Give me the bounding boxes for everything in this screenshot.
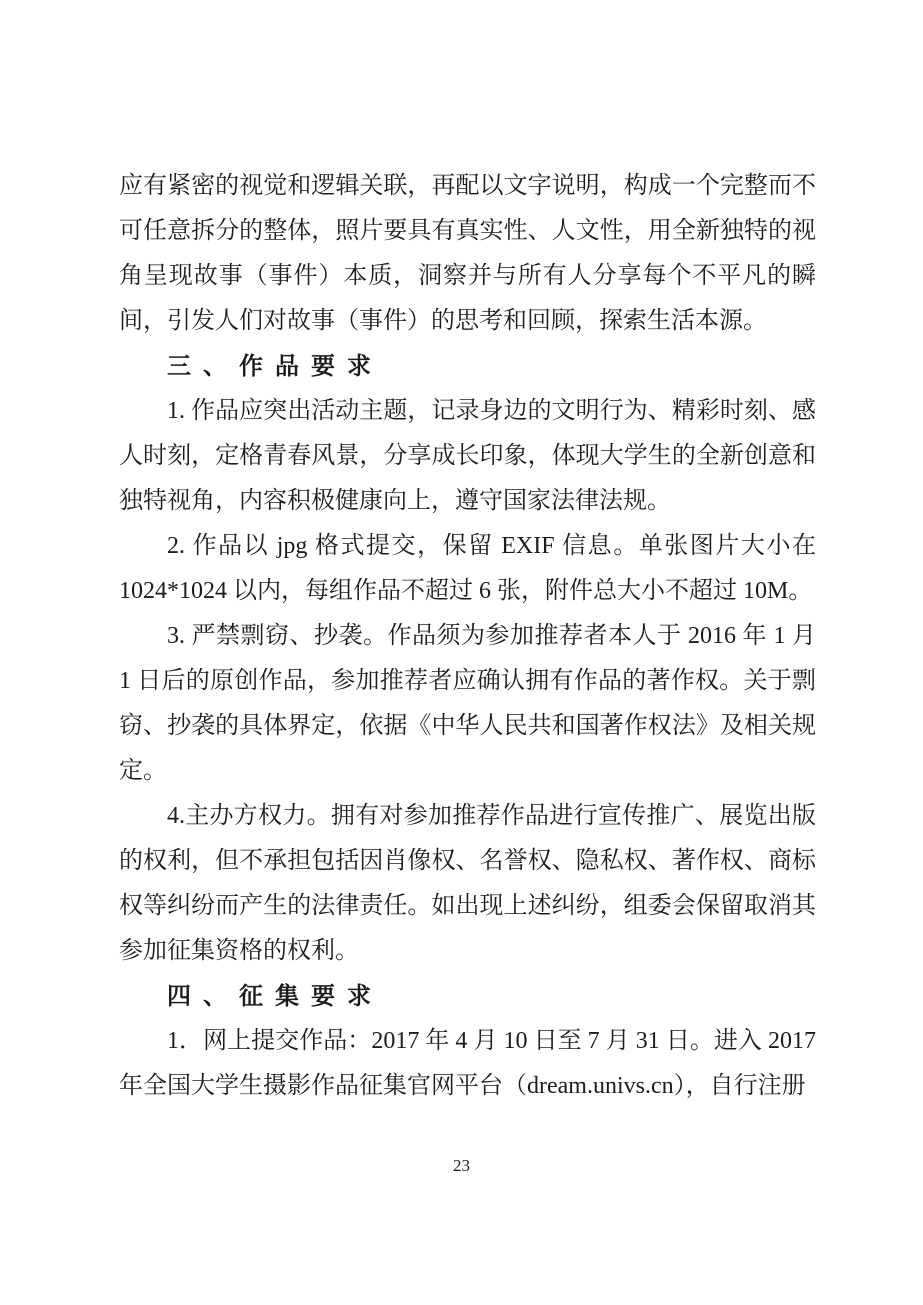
document-page: 应有紧密的视觉和逻辑关联，再配以文字说明，构成一个完整而不可任意拆分的整体，照片…	[0, 0, 923, 1305]
paragraph-continuation: 应有紧密的视觉和逻辑关联，再配以文字说明，构成一个完整而不可任意拆分的整体，照片…	[119, 164, 816, 344]
paragraph-item-3: 3. 严禁剽窃、抄袭。作品须为参加推荐者本人于 2016 年 1 月 1 日后的…	[119, 614, 816, 794]
section-heading-3-works-requirements: 三、作品要求	[119, 344, 816, 389]
paragraph-item-2: 2. 作品以 jpg 格式提交，保留 EXIF 信息。单张图片大小在 1024*…	[119, 524, 816, 614]
document-content: 应有紧密的视觉和逻辑关联，再配以文字说明，构成一个完整而不可任意拆分的整体，照片…	[119, 164, 816, 1109]
section-heading-4-collection-requirements: 四、征集要求	[119, 974, 816, 1019]
paragraph-item-4: 4.主办方权力。拥有对参加推荐作品进行宣传推广、展览出版的权利，但不承担包括因肖…	[119, 794, 816, 974]
paragraph-item-1-collection: 1．网上提交作品：2017 年 4 月 10 日至 7 月 31 日。进入 20…	[119, 1019, 816, 1109]
paragraph-item-1: 1. 作品应突出活动主题，记录身边的文明行为、精彩时刻、感人时刻，定格青春风景，…	[119, 389, 816, 524]
page-number: 23	[0, 1155, 923, 1177]
